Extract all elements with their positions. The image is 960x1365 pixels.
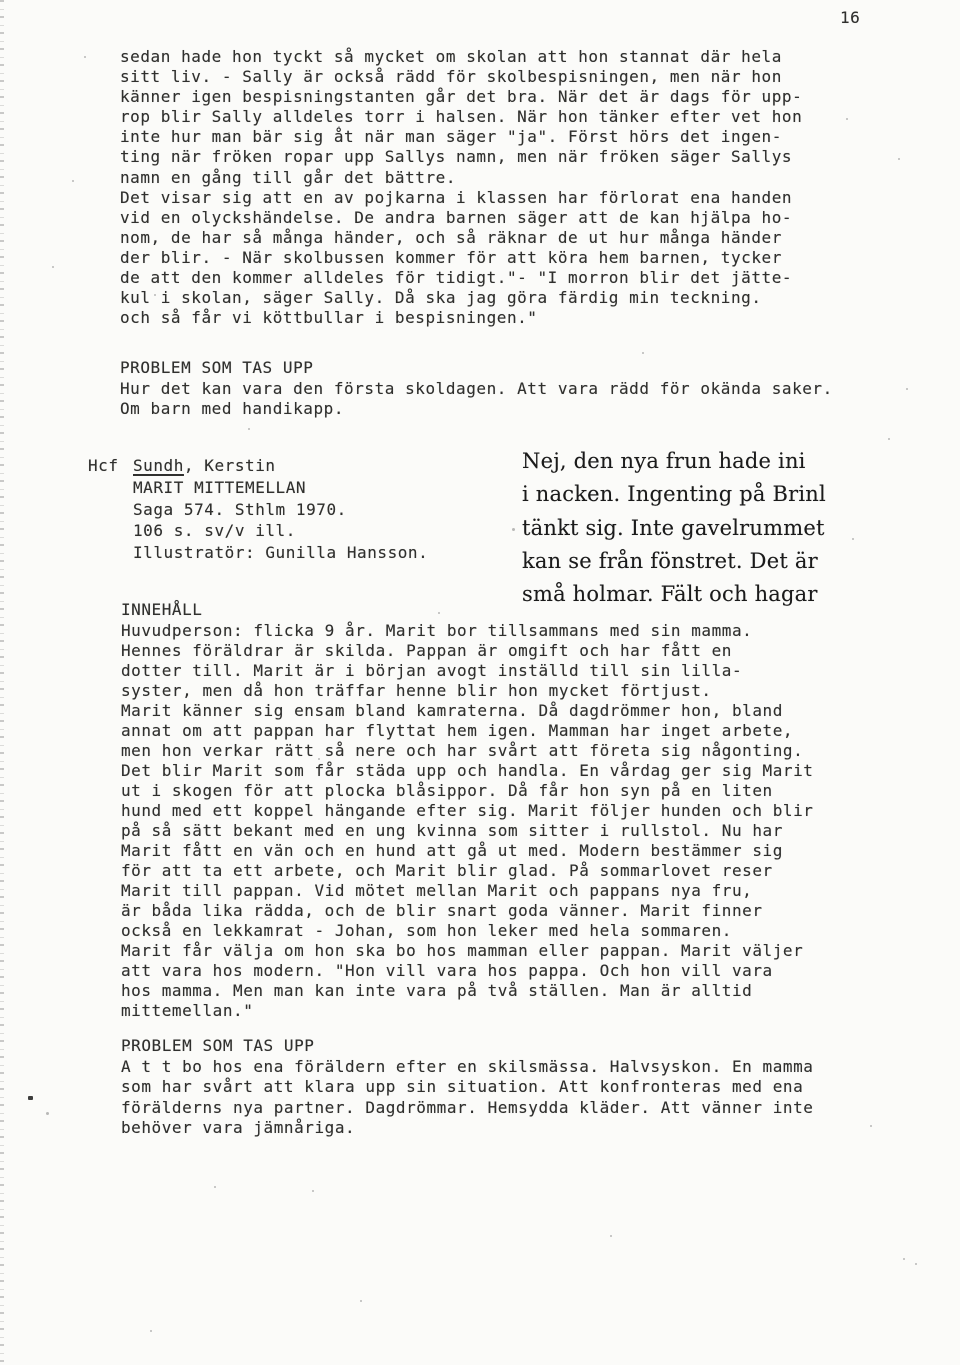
ink-speck <box>915 1263 917 1265</box>
ink-speck <box>360 1300 362 1302</box>
ink-speck <box>852 538 854 540</box>
ink-speck <box>338 126 340 128</box>
ink-speck <box>214 1186 216 1188</box>
ink-speck <box>318 758 320 760</box>
page-number: 16 <box>840 8 860 28</box>
author-firstname: , Kerstin <box>184 456 276 475</box>
ink-speck <box>870 1125 872 1127</box>
series-info: Saga 574. Sthlm 1970. <box>133 499 347 521</box>
review-body-text: sedan hade hon tyckt så mycket om skolan… <box>120 47 802 328</box>
problems-text-top: Hur det kan vara den första skoldagen. A… <box>120 379 833 419</box>
ink-speck <box>46 1112 49 1115</box>
problems-text-bottom: A t t bo hos ena föräldern efter en skil… <box>121 1057 813 1139</box>
ink-speck <box>248 428 250 430</box>
illustrator-info: Illustratör: Gunilla Hansson. <box>133 542 428 564</box>
ink-speck <box>898 158 900 160</box>
ink-speck <box>127 1047 130 1049</box>
ink-speck <box>888 438 890 440</box>
ink-speck <box>762 93 764 95</box>
ink-speck <box>228 132 230 134</box>
ink-speck <box>154 294 156 296</box>
ink-speck <box>512 528 515 531</box>
extent-info: 106 s. sv/v ill. <box>133 520 296 542</box>
book-excerpt-text: Nej, den nya frun hade ini i nacken. Ing… <box>522 445 826 611</box>
contents-heading: INNEHÅLL <box>121 600 202 620</box>
classification-code: Hcf <box>88 455 119 477</box>
problems-heading-top: PROBLEM SOM TAS UPP <box>120 358 313 378</box>
author-name: Sundh, Kerstin <box>133 455 276 477</box>
ink-speck <box>642 352 644 354</box>
ink-speck <box>906 388 908 390</box>
ink-speck <box>52 266 54 268</box>
ink-speck <box>610 1235 612 1237</box>
ink-speck <box>28 1096 33 1100</box>
author-surname: Sundh <box>133 456 184 475</box>
ink-speck <box>438 612 440 614</box>
contents-text: Huvudperson: flicka 9 år. Marit bor till… <box>121 621 813 1021</box>
ink-speck <box>150 1330 152 1332</box>
ink-speck <box>903 1258 905 1260</box>
ink-speck <box>518 238 520 240</box>
ink-speck <box>72 180 74 182</box>
left-edge-scan-artifacts <box>0 0 4 1365</box>
ink-speck <box>312 1190 314 1192</box>
problems-heading-bottom: PROBLEM SOM TAS UPP <box>121 1036 314 1056</box>
book-title: MARIT MITTEMELLAN <box>133 477 306 499</box>
ink-speck <box>846 118 848 120</box>
ink-speck <box>84 56 86 58</box>
scanned-document-page: 16 sedan hade hon tyckt så mycket om sko… <box>0 0 960 1365</box>
